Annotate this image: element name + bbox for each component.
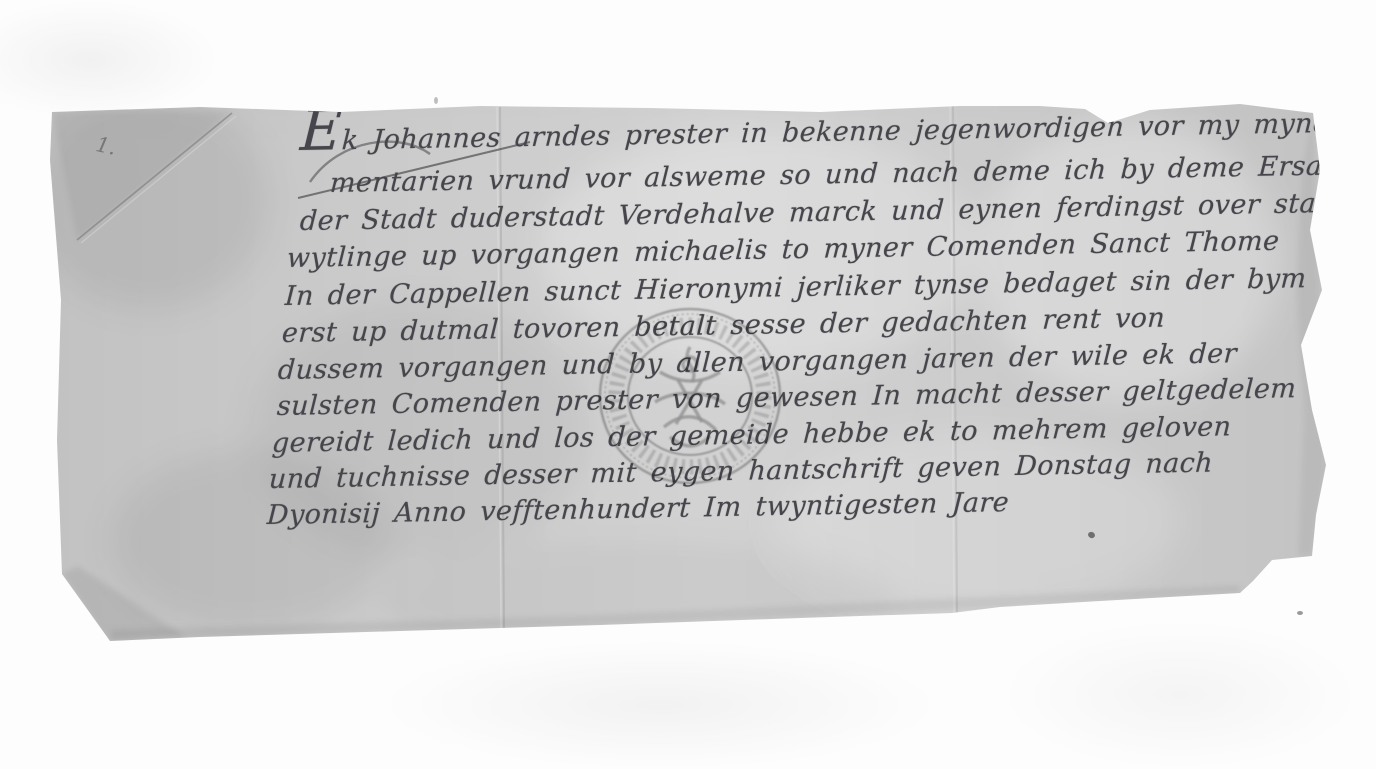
scan-shadow-blob	[380, 640, 940, 769]
scan-shadow-blob	[1000, 620, 1360, 769]
scan-shadow-blob	[0, 0, 220, 120]
paper-sheet: 1. Ek Johannes arndes prester in bekenne…	[0, 0, 1376, 769]
ink-speck	[434, 97, 438, 104]
ink-speck	[1297, 611, 1303, 615]
archive-stamp-icon	[560, 272, 822, 524]
scanner-background: { "page": { "background_color": "#fdfdfd…	[0, 0, 1376, 769]
